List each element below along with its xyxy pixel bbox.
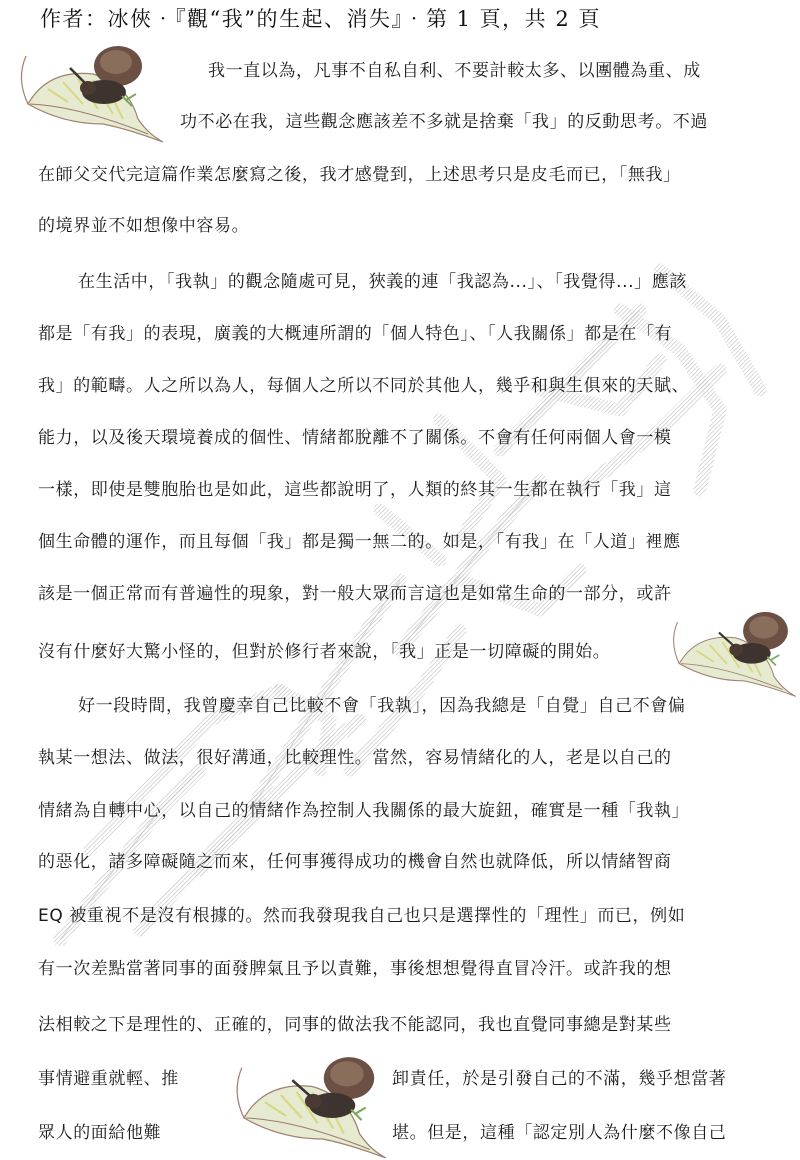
body-line-19: 法相較之下是理性的、正確的，同事的做法我不能認同，我也直覺同事總是對某些	[38, 1013, 672, 1037]
body-line-12: 沒有什麼好大驚小怪的，但對於修行者來說，「我」正是一切障礙的開始。	[38, 640, 610, 664]
body-line-15: 情緒為自轉中心，以自己的情緒作為控制人我關係的最大旋鈕，確實是一種「我執」	[38, 799, 689, 823]
snail-leaf-image-3	[222, 1055, 392, 1160]
body-line-3: 在師父交代完這篇作業怎麼寫之後，我才感覺到，上述思考只是皮毛而已，「無我」	[38, 163, 681, 187]
snail-leaf-image-1	[8, 44, 168, 144]
body-line-21b: 堪。但是，這種「認定別人為什麼不像自己	[392, 1121, 726, 1145]
snail-leaf-image-2	[662, 610, 800, 700]
body-line-16: 的惡化，諸多障礙隨之而來，任何事獲得成功的機會自然也就降低，所以情緒智商	[38, 850, 672, 874]
body-line-6: 都是「有我」的表現，廣義的大概連所謂的「個人特色」、「人我關係」都是在「有	[38, 322, 672, 346]
body-line-10: 個生命體的運作，而且每個「我」都是獨一無二的。如是，「有我」在「人道」裡應	[38, 530, 681, 554]
body-line-17: EQ 被重視不是沒有根據的。然而我發現我自己也只是選擇性的「理性」而已，例如	[38, 904, 685, 928]
body-line-11: 該是一個正常而有普遍性的現象，對一般大眾而言這也是如常生命的一部分，或許	[38, 582, 672, 606]
page-header-title: 作者：冰俠‧『觀“我”的生起、消失』‧第 1 頁，共 2 頁	[40, 2, 800, 36]
body-line-21a: 眾人的面給他難	[38, 1121, 161, 1145]
body-line-7: 我」的範疇。人之所以為人，每個人之所以不同於其他人，幾乎和與生俱來的天賦、	[38, 374, 689, 398]
body-line-13: 好一段時間，我曾慶幸自己比較不會「我執」，因為我總是「自覺」自己不會偏	[78, 694, 686, 718]
body-line-9: 一樣，即使是雙胞胎也是如此，這些都說明了，人類的終其一生都在執行「我」這	[38, 478, 672, 502]
body-line-20a: 事情避重就輕、推	[38, 1067, 179, 1091]
body-line-1: 我一直以為，凡事不自私自利、不要計較太多、以團體為重、成	[208, 59, 701, 83]
body-line-20b: 卸責任，於是引發自己的不滿，幾乎想當著	[392, 1067, 726, 1091]
body-line-18: 有一次差點當著同事的面發脾氣且予以責難，事後想想覺得直冒冷汗。或許我的想	[38, 957, 672, 981]
body-line-4: 的境界並不如想像中容易。	[38, 214, 249, 238]
body-line-14: 執某一想法、做法，很好溝通，比較理性。當然，容易情緒化的人，老是以自己的	[38, 746, 672, 770]
body-line-5: 在生活中，「我執」的觀念隨處可見，狹義的連「我認為...」、「我覺得...」應該	[78, 270, 687, 294]
body-line-2: 功不必在我，這些觀念應該差不多就是捨棄「我」的反動思考。不過	[180, 110, 708, 134]
body-line-8: 能力，以及後天環境養成的個性、情緒都脫離不了關係。不會有任何兩個人會一模	[38, 426, 672, 450]
